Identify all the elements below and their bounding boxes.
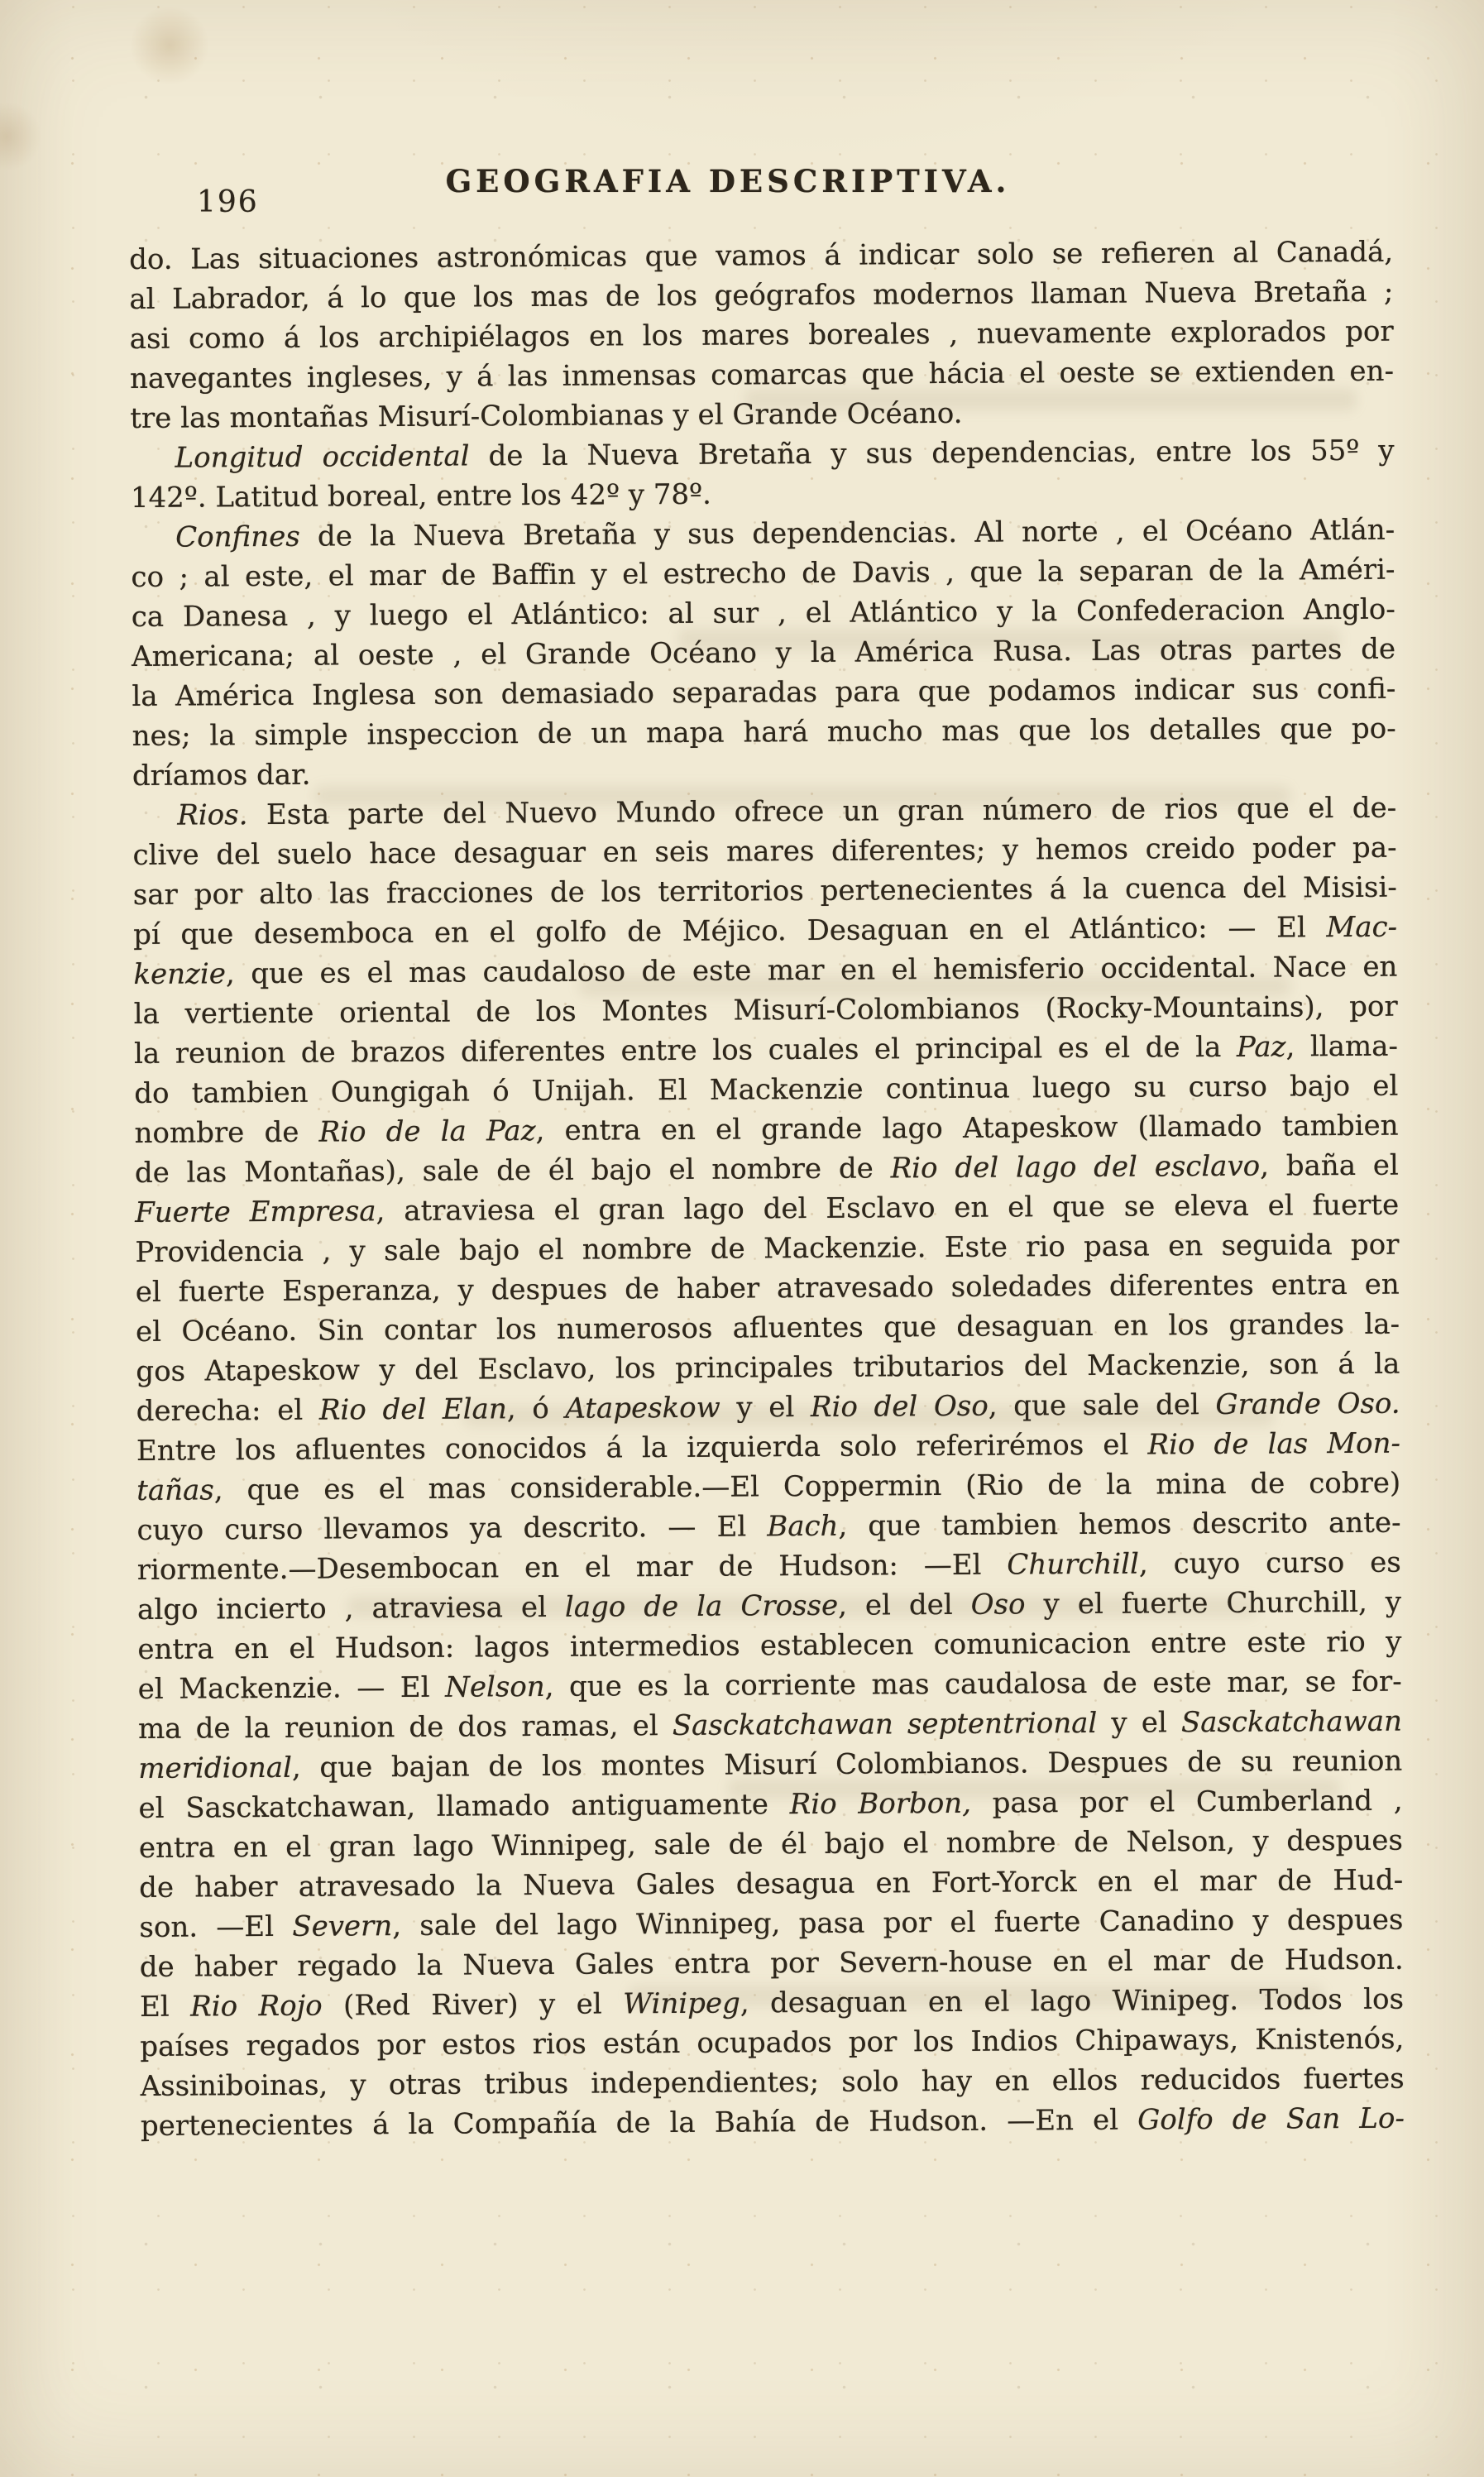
text-segment: (Red River) y el bbox=[323, 1987, 624, 2022]
text-segment: sar por alto las fracciones de los terri… bbox=[133, 871, 1397, 912]
italic-text-segment: Rios. bbox=[177, 798, 247, 832]
italic-text-segment: Rio del lago del esclavo bbox=[891, 1150, 1261, 1186]
italic-text-segment: Rio del Elan bbox=[319, 1392, 507, 1426]
text-segment: pí que desemboca en el golfo de Méjico. … bbox=[133, 911, 1327, 951]
text-segment: nombre de bbox=[134, 1116, 318, 1150]
text-segment: el Océano. Sin contar los numerosos aflu… bbox=[136, 1308, 1400, 1349]
text-segment: la América Inglesa son demasiado separad… bbox=[132, 673, 1395, 713]
italic-text-segment: Rio de las Mon- bbox=[1147, 1427, 1400, 1462]
italic-text-segment: Confines bbox=[175, 520, 300, 554]
text-segment: pertenecientes á la Compañía de la Bahía… bbox=[141, 2104, 1137, 2143]
text-segment: la reunion de brazos diferentes entre lo… bbox=[134, 1031, 1237, 1071]
text-segment: algo incierto , atraviesa el bbox=[137, 1591, 565, 1627]
italic-text-segment: Mac- bbox=[1326, 911, 1397, 945]
italic-text-segment: meridional bbox=[138, 1751, 292, 1785]
text-segment: de haber atravesado la Nueva Gales desag… bbox=[139, 1864, 1403, 1904]
text-segment: de la Nueva Bretaña y sus dependencias, … bbox=[469, 434, 1394, 473]
text-segment: entra en el gran lago Winnipeg, sale de … bbox=[139, 1824, 1403, 1865]
italic-text-segment: Golfo de San Lo- bbox=[1137, 2102, 1405, 2137]
text-segment: dríamos dar. bbox=[132, 759, 311, 793]
text-segment: la vertiente oriental de los Montes Misu… bbox=[134, 990, 1398, 1031]
italic-text-segment: Rio del Oso bbox=[811, 1390, 989, 1424]
italic-text-segment: Bach bbox=[767, 1510, 838, 1544]
text-segment: , desaguan en el lago Winipeg. Todos los bbox=[740, 1983, 1404, 2020]
text-segment: Entre los afluentes conocidos á la izqui… bbox=[136, 1429, 1148, 1468]
text-segment: y el bbox=[720, 1391, 811, 1425]
text-segment: Providencia , y sale bajo el nombre de M… bbox=[135, 1229, 1399, 1269]
italic-text-segment: Churchill bbox=[1007, 1548, 1139, 1582]
italic-text-segment: Rio Borbon, bbox=[790, 1787, 972, 1821]
text-segment: Americana; al oeste , el Grande Océano y… bbox=[132, 633, 1395, 673]
text-segment: tre las montañas Misurí-Colombianas y el… bbox=[130, 397, 962, 435]
italic-text-segment: tañas bbox=[136, 1473, 214, 1507]
text-segment: clive del suelo hace desaguar en seis ma… bbox=[132, 831, 1396, 872]
italic-text-segment: Rio Rojo bbox=[190, 1990, 323, 2024]
text-segment: do tambien Oungigah ó Unijah. El Mackenz… bbox=[134, 1070, 1398, 1110]
italic-text-segment: Atapeskow bbox=[565, 1392, 720, 1425]
text-segment: el Mackenzie. — El bbox=[138, 1671, 446, 1706]
text-segment: , atraviesa el gran lago del Esclavo en … bbox=[376, 1189, 1399, 1229]
page-number: 196 bbox=[197, 185, 259, 219]
text-segment: , sale del lago Winnipeg, pasa por el fu… bbox=[392, 1904, 1403, 1943]
text-segment: , llama- bbox=[1285, 1030, 1398, 1064]
text-segment: son. —El bbox=[139, 1910, 292, 1944]
italic-text-segment: Nelson bbox=[445, 1670, 545, 1704]
text-segment: cuyo curso llevamos ya descrito. — El bbox=[136, 1510, 767, 1547]
text-segment: nes; la simple inspeccion de un mapa har… bbox=[132, 712, 1396, 753]
text-segment: y el bbox=[1097, 1706, 1181, 1740]
italic-text-segment: lago de la Crosse bbox=[565, 1589, 838, 1624]
text-block: do. Las situaciones astronómicas que vam… bbox=[129, 232, 1405, 2146]
text-segment: asi como á los archipiélagos en los mare… bbox=[130, 315, 1394, 356]
text-segment: el fuerte Esperanza, y despues de haber … bbox=[136, 1268, 1400, 1309]
text-segment: de haber regado la Nueva Gales entra por… bbox=[140, 1943, 1404, 1984]
text-segment: do. Las situaciones astronómicas que vam… bbox=[129, 236, 1393, 276]
text-line: nes; la simple inspeccion de un mapa har… bbox=[132, 709, 1396, 756]
text-segment: el Sasckatchawan, llamado antiguamente bbox=[138, 1788, 789, 1825]
text-segment: de las Montañas), sale de él bajo el nom… bbox=[135, 1152, 891, 1190]
text-segment: pasa por el Cumberland , bbox=[971, 1785, 1403, 1820]
italic-text-segment: Winipeg bbox=[623, 1987, 740, 2021]
text-segment: , que tambien hemos descrito ante- bbox=[838, 1507, 1400, 1543]
text-segment: de la Nueva Bretaña y sus dependencias. … bbox=[300, 514, 1395, 553]
text-segment: , que bajan de los montes Misurí Colombi… bbox=[292, 1745, 1403, 1785]
running-title: GEOGRAFIA DESCRIPTIVA. bbox=[430, 163, 1026, 199]
text-segment: El bbox=[140, 1991, 190, 2024]
text-segment: gos Atapeskow y del Esclavo, los princip… bbox=[136, 1348, 1400, 1388]
text-segment: , cuyo curso es bbox=[1139, 1546, 1401, 1581]
text-segment: países regados por estos rios están ocup… bbox=[140, 2023, 1404, 2063]
text-line: navegantes ingleses, y á las inmensas co… bbox=[130, 352, 1394, 399]
text-segment: , que es la corriente mas caudalosa de e… bbox=[545, 1665, 1402, 1703]
text-segment: , que sale del bbox=[989, 1388, 1216, 1423]
book-page: 196 GEOGRAFIA DESCRIPTIVA. do. Las situa… bbox=[0, 0, 1484, 2477]
text-segment: Assiniboinas, y otras tribus independien… bbox=[141, 2063, 1405, 2103]
text-segment: , el del bbox=[838, 1588, 971, 1622]
text-segment: , baña el bbox=[1260, 1149, 1399, 1183]
italic-text-segment: Sasckatchawan bbox=[1181, 1705, 1402, 1740]
text-segment: ma de la reunion de dos ramas, el bbox=[138, 1709, 673, 1746]
text-segment: co ; al este, el mar de Baffin y el estr… bbox=[131, 553, 1395, 594]
italic-text-segment: Longitud occidental bbox=[175, 439, 469, 474]
text-segment: derecha: el bbox=[136, 1394, 319, 1428]
italic-text-segment: kenzie bbox=[133, 957, 226, 991]
italic-text-segment: Rio de la Paz bbox=[318, 1114, 535, 1149]
italic-text-segment: Paz bbox=[1237, 1030, 1286, 1063]
text-segment: ca Danesa , y luego el Atlántico: al sur… bbox=[132, 593, 1395, 634]
text-segment: navegantes ingleses, y á las inmensas co… bbox=[130, 355, 1394, 395]
italic-text-segment: Fuerte Empresa bbox=[135, 1195, 376, 1229]
text-segment: entra en el Hudson: lagos intermedios es… bbox=[137, 1626, 1401, 1666]
italic-text-segment: Sasckatchawan septentrional bbox=[673, 1707, 1098, 1742]
text-segment: , entra en el grande lago Atapeskow (lla… bbox=[535, 1109, 1398, 1147]
text-segment: Esta parte del Nuevo Mundo ofrece un gra… bbox=[247, 792, 1396, 831]
italic-text-segment: Severn bbox=[292, 1909, 392, 1943]
text-segment: al Labrador, á lo que los mas de los geó… bbox=[129, 275, 1393, 316]
italic-text-segment: Grande Oso. bbox=[1215, 1387, 1400, 1421]
text-segment: , que es el mas considerable.—El Copperm… bbox=[214, 1467, 1401, 1507]
italic-text-segment: Oso bbox=[971, 1588, 1026, 1621]
text-line: pertenecientes á la Compañía de la Bahía… bbox=[141, 2099, 1405, 2146]
text-segment: , que es el mas caudaloso de este mar en… bbox=[226, 951, 1398, 991]
text-segment: 142º. Latitud boreal, entre los 42º y 78… bbox=[131, 478, 711, 515]
text-segment: riormente.—Desembocan en el mar de Hudso… bbox=[137, 1549, 1008, 1587]
text-line: Longitud occidental de la Nueva Bretaña … bbox=[130, 431, 1394, 478]
text-segment: , ó bbox=[507, 1392, 566, 1425]
text-segment: y el fuerte Churchill, y bbox=[1025, 1586, 1401, 1622]
